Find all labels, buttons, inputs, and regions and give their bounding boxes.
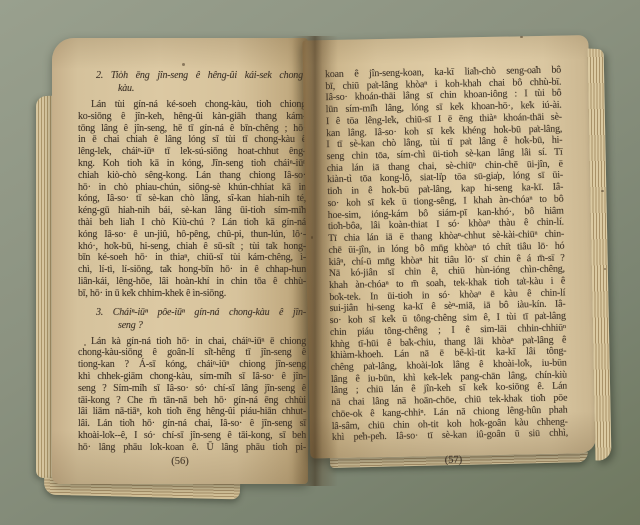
text-line: khoài-lo̍k--ê, I só· chí-sī jîn-seng ê t… [78,430,306,442]
text-line: lâi. Lán tio̍h hō· gín-ná chai, Iâ-so· ê… [78,418,306,430]
text-line: tiong-kan ? Á-sī kóng, cháiⁿ-iūⁿ chiong … [78,359,306,371]
page-number-right: (57) [310,452,596,468]
text-line: 2. Tio̍h ēng jîn-seng ê hêng-ûi kái-sek … [78,69,306,82]
paragraph: Lán tùi gín-ná ké-soeh chong-kàu, tio̍h … [78,99,306,300]
text-line: seng ? Sím-mi̍h sī Iâ-so· só· chí-sī lân… [78,383,306,395]
text-line: khì chhek-giām chong-kàu, sím-mi̍h sī Iâ… [78,371,306,383]
heading: 3. Cháiⁿ-iūⁿ pôe-iūⁿ gín-ná chong-kàu ê … [78,306,306,332]
paper-speck [601,190,604,192]
text-line: hō· in chò phiau-chún, siông-sè khún-chh… [78,182,306,194]
text-line: liân-kái, lêng-hōe, lâi hoàn-khí in chin… [78,276,306,288]
text-line: Lán tùi gín-ná ké-soeh chong-kàu, tio̍h … [78,99,306,111]
page-edge-stack-right [588,48,612,461]
text-line: chong-kàu-siōng ê goân-lí si̍t-hêng tī j… [78,347,306,359]
text-line: kóng, Iâ-so· tī sè-kan chò lâng, sî-kan … [78,193,306,205]
text-line: lâi liām nā-tiāⁿ, koh tio̍h ēng hêng-ûi … [78,406,306,418]
text-line: kng. Koh tio̍h kā in kóng, Jîn-seng tio̍… [78,158,306,170]
text-line: 3. Cháiⁿ-iūⁿ pôe-iūⁿ gín-ná chong-kàu ê … [78,306,306,319]
right-page-text: koan ê jîn-seng-koan, ka-kī lia̍h-chò se… [325,65,568,444]
text-line: lêng-le̍k, cháiⁿ-iūⁿ tī le̍k-sú-siōng ho… [78,146,306,158]
text-line: kóng Iâ-so· ê un-jiû, hô-pêng, chû-pi, t… [78,229,306,241]
text-line: kéng-gū hiah-nih bái, sè-kan lâng ūi-tio… [78,205,306,217]
text-line: thài beh lia̍h I chò Kiù-chú ? Lán tio̍h… [78,217,306,229]
left-page: 2. Tio̍h ēng jîn-seng ê hêng-ûi kái-sek … [52,38,308,484]
paragraph: Lán kà gín-ná tio̍h hō· in chai, cháiⁿ-i… [78,336,306,454]
text-line: tāi-kong ? Che m̄ tān-nā beh hō· gín-ná … [78,395,306,407]
right-page: koan ê jîn-seng-koan, ka-kī lia̍h-chò se… [302,35,596,458]
text-line: tōng lâng ê jîn-seng, hē tī gín-ná ê bīn… [78,123,306,135]
photo-background: 2. Tio̍h ēng jîn-seng ê hêng-ûi kái-sek … [0,0,640,525]
text-line: Lán kà gín-ná tio̍h hō· in chai, cháiⁿ-i… [78,336,306,348]
text-line: in ē chai chiah ê lâng lóng sī tùi tī ch… [78,134,306,146]
text-line: chiah kiò-chò sêng-kong. Lán thang chion… [78,170,306,182]
text-line: ko-siōng ê jîn-keh, hêng-ûi kàn-giāh tha… [78,111,306,123]
text-line: seng ? [78,319,306,332]
paper-speck [604,268,606,270]
page-number-left: (56) [52,456,308,467]
text-line: chì, lí-tì, lí-siōng, ta̍k hong-bīn hō· … [78,264,306,276]
text-line: bī, hō· in ū ke̍k chhim-khek ê ìn-siōng. [78,288,306,300]
paragraph: koan ê jîn-seng-koan, ka-kī lia̍h-chò se… [325,65,568,444]
text-line: kàu. [78,82,306,95]
text-line: hō· lâng phāu lo̍k-koan ê. Ū lâng phāu t… [78,442,306,454]
text-line: khó·, ho̍k-bū, hi-seng, chiah ê sū-si̍t … [78,241,306,253]
text-line: bīn ké-soeh hō· in thiaⁿ, chiū-sī tùi ká… [78,252,306,264]
left-page-text: 2. Tio̍h ēng jîn-seng ê hêng-ûi kái-sek … [78,69,306,454]
heading: 2. Tio̍h ēng jîn-seng ê hêng-ûi kái-sek … [78,69,306,95]
